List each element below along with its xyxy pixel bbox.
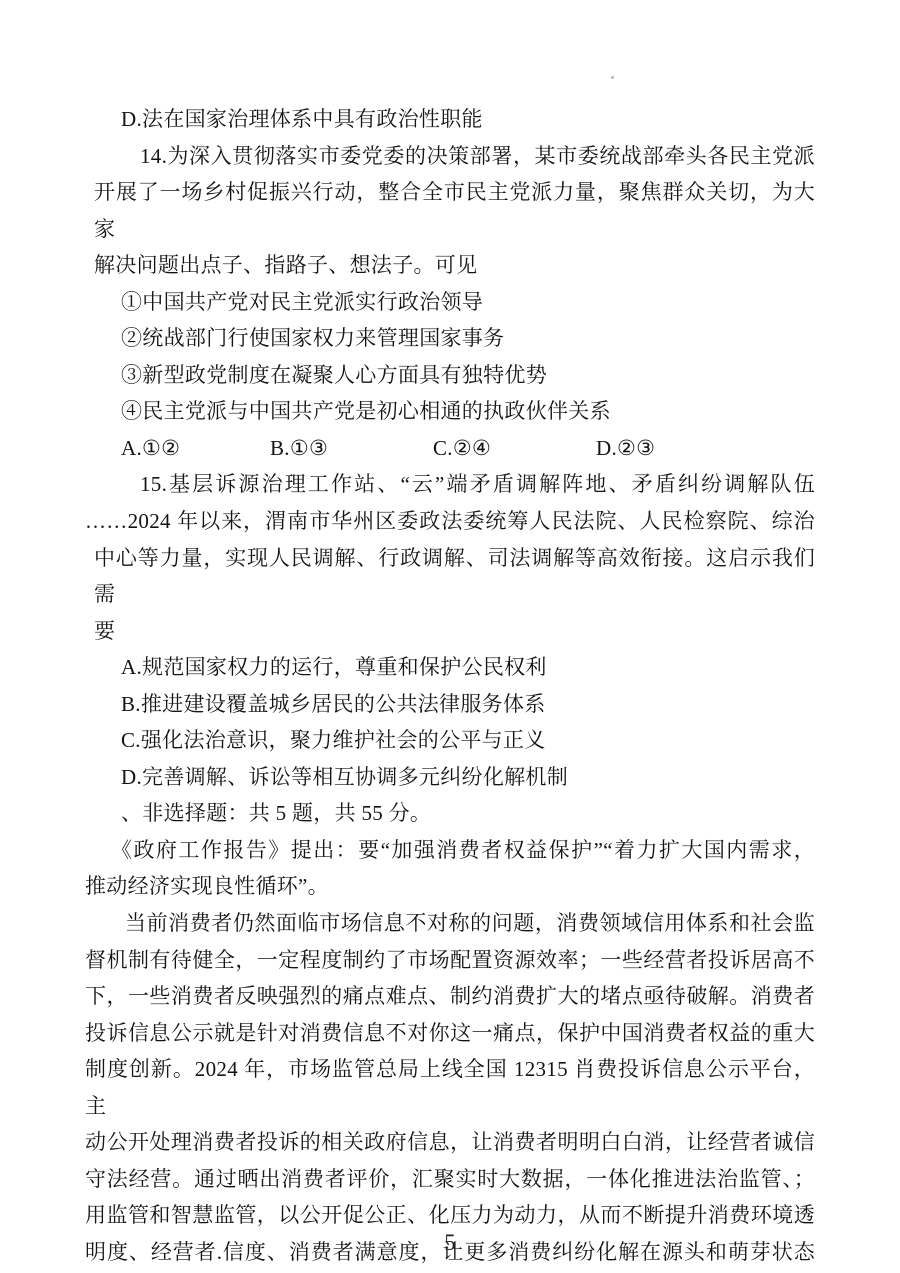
material-para2-line-8: 用监管和智慧监管，以公开促公正、化压力为动力，从而不断提升消费环境透 (85, 1197, 815, 1234)
scan-artifact-dot (611, 76, 614, 79)
q14-choice-a: A.①② (121, 430, 270, 467)
page-number: 5 (0, 1230, 900, 1256)
material-para2-line-5: 制度创新。2024 年，市场监管总局上线全国 12315 肖费投诉信息公示平台，… (85, 1051, 815, 1124)
q14-choices-row: A.①② B.①③ C.②④ D.②③ (85, 430, 815, 467)
exam-page: D.法在国家治理体系中具有政治性职能 14.为深入贯彻落实市委党委的决策部署，某… (0, 0, 900, 1273)
material-para2-line-4: 投诉信息公示就是针对消费信息不对你这一痛点，保护中国消费者权益的重大 (85, 1015, 815, 1052)
q13-option-d: D.法在国家治理体系中具有政治性职能 (85, 101, 815, 138)
q15-choice-c: C.强化法治意识，聚力维护社会的公平与正义 (85, 722, 815, 759)
q14-choice-c: C.②④ (433, 430, 596, 467)
q15-choice-d: D.完善调解、诉讼等相互协调多元纠纷化解机制 (85, 759, 815, 796)
q14-stem-line-2: 开展了一场乡村促振兴行动，整合全市民主党派力量，聚焦群众关切，为大家 (85, 174, 815, 247)
q15-choice-a: A.规范国家权力的运行，尊重和保护公民权利 (85, 649, 815, 686)
q14-choice-b: B.①③ (270, 430, 433, 467)
material-para2-line-3: 下，一些消费者反映强烈的痛点难点、制约消费扩大的堵点亟待破解。消费者 (85, 978, 815, 1015)
q15-choice-b: B.推进建设覆盖城乡居民的公共法律服务体系 (85, 686, 815, 723)
q15-stem-line-1: 15.基层诉源治理工作站、“云”端矛盾调解阵地、矛盾纠纷调解队伍 (85, 466, 815, 503)
material-para1-line-2: 推动经济实现良性循环”。 (85, 868, 815, 905)
q14-stem-line-3: 解决问题出点子、指路子、想法子。可见 (85, 247, 815, 284)
q14-item-4: ④民主党派与中国共产党是初心相通的执政伙伴关系 (85, 393, 815, 430)
q14-item-3: ③新型政党制度在凝聚人心方面具有独特优势 (85, 357, 815, 394)
page-text: D.法在国家治理体系中具有政治性职能 14.为深入贯彻落实市委党委的决策部署，某… (85, 101, 815, 1271)
section2-header: 、非选择题：共 5 题，共 55 分。 (85, 795, 815, 832)
material-para1-line-1: 《政府工作报告》提出：要“加强消费者权益保护”“着力扩大国内需求， (85, 832, 815, 869)
q15-stem-line-2: ……2024 年以来，渭南市华州区委政法委统筹人民法院、人民检察院、综治 (85, 503, 815, 540)
material-para2-line-2: 督机制有待健全，一定程度制约了市场配置资源效率；一些经营者投诉居高不 (85, 942, 815, 979)
material-para2-line-6: 动公开处理消费者投诉的相关政府信息，让消费者明明白白消，让经营者诚信 (85, 1124, 815, 1161)
q14-stem-line-1: 14.为深入贯彻落实市委党委的决策部署，某市委统战部牵头各民主党派 (85, 138, 815, 175)
q14-item-2: ②统战部门行使国家权力来管理国家事务 (85, 320, 815, 357)
q14-choice-d: D.②③ (596, 430, 655, 467)
q14-item-1: ①中国共产党对民主党派实行政治领导 (85, 284, 815, 321)
q15-stem-line-3: 中心等力量，实现人民调解、行政调解、司法调解等高效衔接。这启示我们需 (85, 540, 815, 613)
material-para2-line-1: 当前消费者仍然面临市场信息不对称的问题，消费领域信用体系和社会监 (85, 905, 815, 942)
q15-stem-line-4: 要 (85, 613, 815, 650)
material-para2-line-7: 守法经营。通过晒出消费者评价，汇聚实时大数据，一体化推进法治监管、； (85, 1161, 815, 1198)
